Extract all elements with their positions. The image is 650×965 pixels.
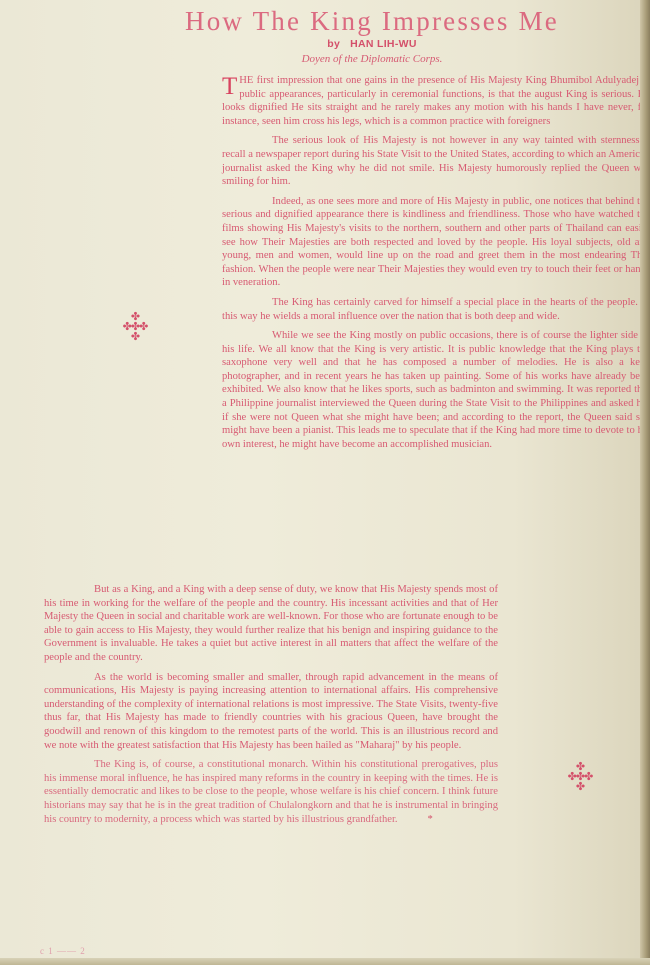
page-folio: c 1 —— 2 bbox=[40, 946, 86, 956]
left-column: But as a King, and a King with a deep se… bbox=[44, 583, 498, 832]
paragraph: The King has certainly carved for himsel… bbox=[222, 296, 640, 323]
paragraph: While we see the King mostly on public o… bbox=[222, 329, 640, 451]
paragraph: THE first impression that one gains in t… bbox=[222, 74, 640, 128]
end-mark-icon: * bbox=[428, 814, 433, 825]
paragraph: But as a King, and a King with a deep se… bbox=[44, 583, 498, 665]
drop-cap: T bbox=[222, 76, 237, 98]
article-title: How The King Impresses Me bbox=[152, 6, 592, 37]
paragraph: Indeed, as one sees more and more of His… bbox=[222, 195, 640, 290]
author-title: Doyen of the Diplomatic Corps. bbox=[152, 53, 592, 65]
paragraph: As the world is becoming smaller and sma… bbox=[44, 671, 498, 753]
byline-by: by bbox=[327, 38, 340, 50]
fleuron-ornament-icon: ✤ ✤✤✤ ✤ bbox=[560, 762, 600, 792]
right-column: THE first impression that one gains in t… bbox=[222, 74, 640, 457]
author-name: HAN LIH-WU bbox=[350, 38, 417, 50]
magazine-page: How The King Impresses Me byHAN LIH-WU D… bbox=[0, 0, 640, 958]
page-binding-edge bbox=[640, 0, 650, 965]
paragraph: The serious look of His Majesty is not h… bbox=[222, 134, 640, 188]
paragraph: The King is, of course, a constitutional… bbox=[44, 758, 498, 826]
byline: byHAN LIH-WU bbox=[152, 38, 592, 50]
fleuron-ornament-icon: ✤ ✤✤✤ ✤ bbox=[115, 312, 155, 342]
page-bottom-edge bbox=[0, 958, 650, 965]
